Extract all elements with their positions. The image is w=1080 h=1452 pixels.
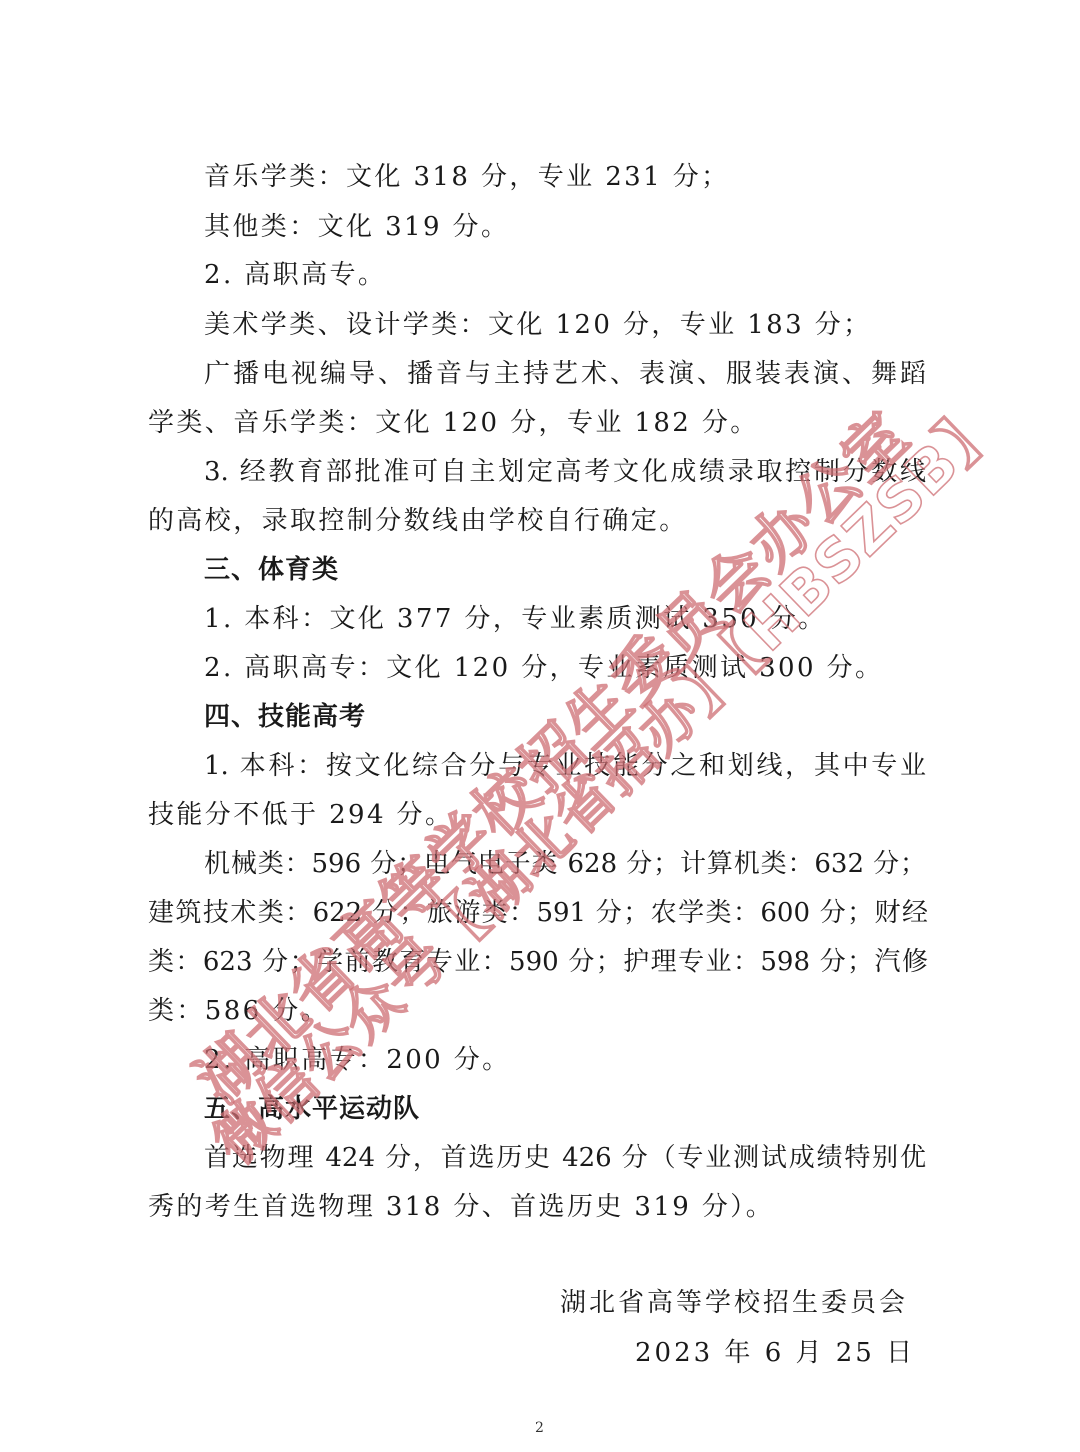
text-line-autonomous-schools: 3. 经教育部批准可自主划定高考文化成绩录取控制分数线	[204, 455, 926, 489]
text-line-art-design: 美术学类、设计学类：文化 120 分，专业 183 分；	[204, 308, 994, 342]
text-line-high-level-teams-cont: 秀的考生首选物理 318 分、首选历史 319 分）。	[148, 1190, 938, 1224]
text-line-skills-vocational: 2. 高职高专：200 分。	[204, 1043, 994, 1077]
text-line-skills-categories-2: 建筑技术类：622 分；旅游类：591 分；农学类：600 分；财经	[148, 896, 928, 930]
signature-date: 2023 年 6 月 25 日	[635, 1336, 915, 1370]
text-line-skills-undergrad: 1. 本科：按文化综合分与专业技能分之和划线，其中专业	[204, 749, 926, 783]
text-line-dance-music: 学类、音乐学类：文化 120 分，专业 182 分。	[148, 406, 938, 440]
section-heading-high-level-teams: 五、高水平运动队	[204, 1092, 994, 1126]
text-line-skills-categories-4: 类：586 分。	[148, 994, 938, 1028]
page-number: 2	[535, 1420, 544, 1436]
text-line-skills-min-score: 技能分不低于 294 分。	[148, 798, 938, 832]
subheading-vocational: 2. 高职高专。	[204, 258, 994, 292]
signature-organization: 湖北省高等学校招生委员会	[560, 1286, 908, 1320]
text-line-sports-vocational: 2. 高职高专：文化 120 分，专业素质测试 300 分。	[204, 651, 994, 685]
text-line-broadcast: 广播电视编导、播音与主持艺术、表演、服装表演、舞蹈	[204, 357, 926, 391]
text-line-autonomous-schools-cont: 的高校，录取控制分数线由学校自行确定。	[148, 504, 938, 538]
section-heading-skills-exam: 四、技能高考	[204, 700, 994, 734]
text-line-other-category: 其他类：文化 319 分。	[204, 210, 994, 244]
text-line-high-level-teams: 首选物理 424 分，首选历史 426 分（专业测试成绩特别优	[204, 1141, 926, 1175]
section-heading-sports: 三、体育类	[204, 553, 994, 587]
text-line-music-undergrad: 音乐学类：文化 318 分，专业 231 分；	[204, 160, 994, 194]
text-line-skills-categories-1: 机械类：596 分；电气电子类 628 分；计算机类：632 分；	[204, 847, 926, 881]
text-line-skills-categories-3: 类：623 分；学前教育专业：590 分；护理专业：598 分；汽修	[148, 945, 928, 979]
document-page: 音乐学类：文化 318 分，专业 231 分； 其他类：文化 319 分。 2.…	[0, 0, 1080, 1452]
text-line-sports-undergrad: 1. 本科：文化 377 分，专业素质测试 350 分。	[204, 602, 994, 636]
